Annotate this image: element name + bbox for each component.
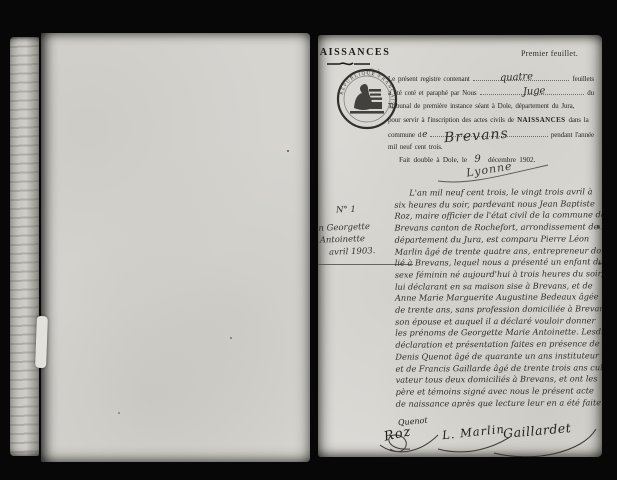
act-line: L'an mil neuf cent trois, le vingt trois… xyxy=(394,186,594,199)
page-title: NAISSANCES xyxy=(318,47,390,58)
margin-child-name-2: e Antoinette xyxy=(318,234,365,246)
judge-signature-flourish xyxy=(436,163,551,185)
paper-speck xyxy=(287,150,289,152)
naissances-bold-word: NAISSANCES xyxy=(517,116,565,124)
paper-speck xyxy=(230,337,232,339)
preamble-text: a été coté et paraphé par Nous xyxy=(388,89,477,97)
paper-speck xyxy=(597,225,600,229)
preamble-text: dans la xyxy=(568,116,588,124)
preamble-line-3: Tribunal de première instance séant à Do… xyxy=(388,102,594,110)
preamble-text: pendant l'année xyxy=(551,131,594,139)
fill-in-blank: Brevans xyxy=(430,129,547,137)
act-line: Denis Quenot âgé de quarante un ans inst… xyxy=(395,350,595,363)
signature-flourishes xyxy=(376,419,600,457)
registry-scan-photo: NAISSANCES Premier feuillet. RÉPUBLIQUE … xyxy=(0,0,617,480)
act-line: département du Jura, est comparu Pierre … xyxy=(395,233,595,246)
handwritten-article: e xyxy=(422,131,427,139)
fill-in-blank: Juge xyxy=(480,87,585,95)
book-fore-edge xyxy=(10,37,39,456)
fill-in-blank: quatre xyxy=(473,73,570,81)
preamble-line-5: commune d e Brevans pendant l'année xyxy=(388,129,594,139)
margin-child-name: lin Georgette xyxy=(318,222,370,234)
preamble-line-1: Le présent registre contenant quatre feu… xyxy=(388,73,594,83)
preamble-line-2: a été coté et paraphé par Nous Juge du xyxy=(388,87,594,97)
birth-act-body: L'an mil neuf cent trois, le vingt trois… xyxy=(394,186,596,410)
act-line: père et témoins signé avec nous le prése… xyxy=(396,385,596,398)
folio-label: Premier feuillet. xyxy=(521,49,578,58)
preamble-text: feuillets xyxy=(572,75,594,83)
preamble-line-6: mil neuf cent trois. xyxy=(388,143,594,151)
handwritten-entry: Juge xyxy=(523,87,546,96)
act-line: de trente ans, sans profession domicilié… xyxy=(395,303,595,316)
margin-date: avril 1903. xyxy=(329,246,376,258)
right-page: NAISSANCES Premier feuillet. RÉPUBLIQUE … xyxy=(318,35,602,457)
handwritten-entry: quatre xyxy=(500,73,533,83)
preamble-text: pour servir à l'inscription des actes ci… xyxy=(388,116,514,124)
preamble-text: mil neuf cent trois. xyxy=(388,143,442,151)
act-line: sexe féminin né aujourd'hui à trois heur… xyxy=(395,268,595,281)
margin-act-number: N° 1 xyxy=(336,205,356,216)
act-line: de naissance après que lecture leur en a… xyxy=(396,397,596,410)
binding-notch xyxy=(35,316,48,368)
left-blank-page xyxy=(41,33,310,462)
preamble-text: du xyxy=(587,89,594,97)
preamble-text: commune d xyxy=(388,131,421,139)
preamble-text: Tribunal de première instance séant à Do… xyxy=(388,102,574,110)
preamble-text: Le présent registre contenant xyxy=(388,75,470,83)
paper-speck xyxy=(598,262,601,265)
handwritten-commune: Brevans xyxy=(444,130,509,142)
preamble-line-4: pour servir à l'inscription des actes ci… xyxy=(388,116,594,124)
paper-speck xyxy=(118,412,120,414)
